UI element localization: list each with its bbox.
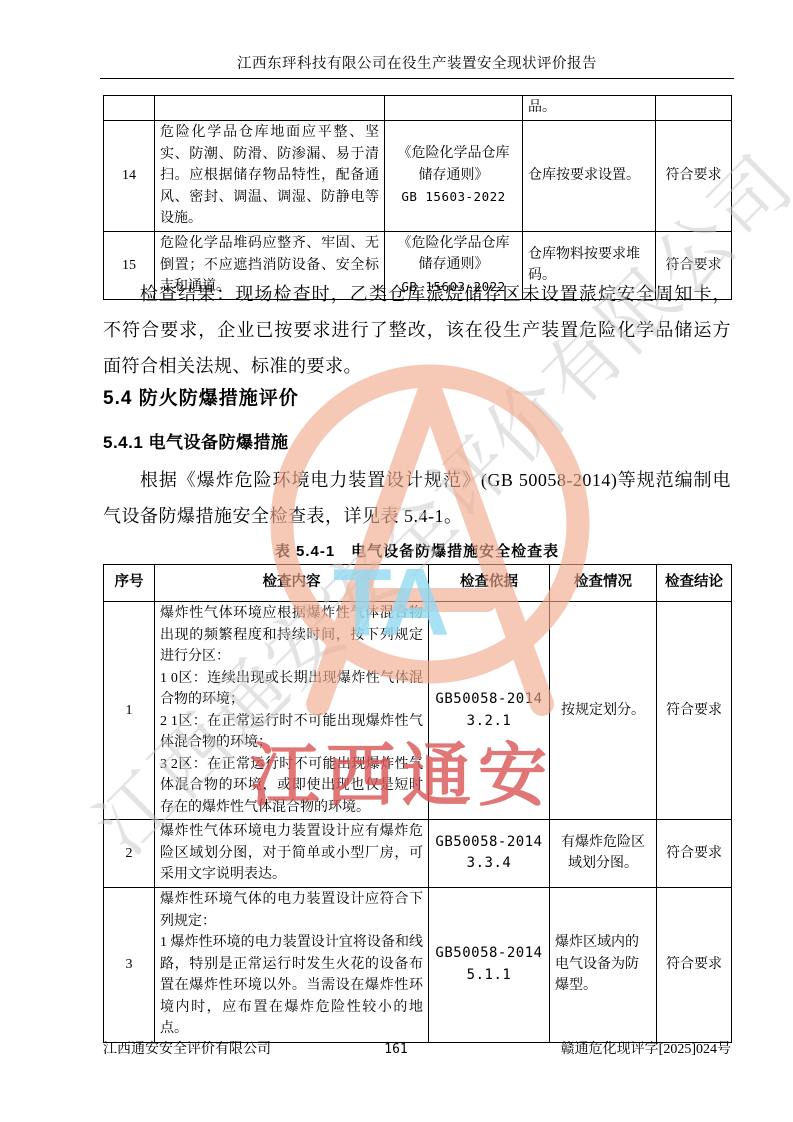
report-page: 江西东玶科技有限公司在役生产装置安全现状评价报告 品。 14 危险化学品仓库地面… <box>0 0 793 1122</box>
check-content-cell: 爆炸性环境气体的电力装置设计应符合下列规定： 1 爆炸性环境的电力装置设计宜将设… <box>155 887 429 1042</box>
check-conclusion-cell: 符合要求 <box>657 887 732 1042</box>
page-footer: 江西通安安全评价有限公司 161 赣通危化现评字[2025]024号 <box>0 1038 793 1060</box>
check-conclusion-cell: 符合要求 <box>657 820 732 888</box>
table-row-1: 1 爆炸性气体环境应根据爆炸性气体混合物出现的频繁程度和持续时间，按下列规定进行… <box>104 602 732 820</box>
check-situation-cell: 按规定划分。 <box>550 602 657 820</box>
basis-title: 《危险化学品仓库 储存通则》 <box>398 146 510 183</box>
check-situation-cell: 爆炸区域内的电气设备为防爆型。 <box>550 887 657 1042</box>
check-basis-cell <box>385 96 523 121</box>
inspection-result-paragraph: 检查结果：现场检查时，乙类仓库蒎烷储存区未设置蒎烷安全周知卡，不符合要求，企业已… <box>103 276 731 384</box>
table-row-carryover: 品。 <box>104 96 732 121</box>
check-conclusion-cell <box>656 96 732 121</box>
table-caption: 表 5.4-1 电气设备防爆措施安全检查表 <box>103 540 731 561</box>
electrical-check-table: 序号 检查内容 检查依据 检查情况 检查结论 1 爆炸性气体环境应根据爆炸性气体… <box>103 564 732 1043</box>
row-number-cell: 2 <box>104 820 155 888</box>
check-content-cell: 爆炸性气体环境应根据爆炸性气体混合物出现的频繁程度和持续时间，按下列规定进行分区… <box>155 602 429 820</box>
check-situation-cell: 仓库按要求设置。 <box>523 121 656 232</box>
check-situation-cell: 品。 <box>523 96 656 121</box>
table-row-2: 2 爆炸性气体环境电力装置设计应有爆炸危险区域划分图，对于简单或小型厂房，可采用… <box>104 820 732 888</box>
check-basis-cell: GB50058-2014 5.1.1 <box>429 887 550 1042</box>
check-basis-cell: GB50058-2014 3.2.1 <box>429 602 550 820</box>
col-header-situation: 检查情况 <box>550 565 657 602</box>
table-row-3: 3 爆炸性环境气体的电力装置设计应符合下列规定： 1 爆炸性环境的电力装置设计宜… <box>104 887 732 1042</box>
basis-title: 《危险化学品仓库 储存通则》 <box>398 236 510 273</box>
footer-doc-number: 赣通危化现评字[2025]024号 <box>561 1038 731 1058</box>
section-heading-5-4: 5.4 防火防爆措施评价 <box>103 383 299 410</box>
check-conclusion-cell: 符合要求 <box>656 121 732 232</box>
basis-code: GB 15603-2022 <box>401 189 505 204</box>
storage-check-table: 品。 14 危险化学品仓库地面应平整、坚实、防潮、防滑、防渗漏、易于清扫。应根据… <box>103 95 732 300</box>
page-header-title: 江西东玶科技有限公司在役生产装置安全现状评价报告 <box>103 52 731 73</box>
subsection-heading-5-4-1: 5.4.1 电气设备防爆措施 <box>103 428 289 453</box>
intro-paragraph: 根据《爆炸危险环境电力装置设计规范》(GB 50058-2014)等规范编制电气… <box>103 462 731 534</box>
col-header-conclusion: 检查结论 <box>657 565 732 602</box>
row-number-cell: 14 <box>104 121 155 232</box>
col-header-content: 检查内容 <box>155 565 429 602</box>
check-basis-cell: GB50058-2014 3.3.4 <box>429 820 550 888</box>
check-content-cell <box>155 96 385 121</box>
footer-company: 江西通安安全评价有限公司 <box>103 1038 271 1058</box>
col-header-no: 序号 <box>104 565 155 602</box>
header-rule <box>100 78 734 79</box>
col-header-basis: 检查依据 <box>429 565 550 602</box>
check-conclusion-cell: 符合要求 <box>657 602 732 820</box>
row-number-cell: 1 <box>104 602 155 820</box>
row-number-cell: 3 <box>104 887 155 1042</box>
table-row-14: 14 危险化学品仓库地面应平整、坚实、防潮、防滑、防渗漏、易于清扫。应根据储存物… <box>104 121 732 232</box>
check-content-cell: 爆炸性气体环境电力装置设计应有爆炸危险区域划分图，对于简单或小型厂房，可采用文字… <box>155 820 429 888</box>
row-number-cell <box>104 96 155 121</box>
page-number: 161 <box>384 1042 407 1057</box>
table-header-row: 序号 检查内容 检查依据 检查情况 检查结论 <box>104 565 732 602</box>
check-situation-cell: 有爆炸危险区域划分图。 <box>550 820 657 888</box>
check-basis-cell: 《危险化学品仓库 储存通则》GB 15603-2022 <box>385 121 523 232</box>
check-content-cell: 危险化学品仓库地面应平整、坚实、防潮、防滑、防渗漏、易于清扫。应根据储存物品特性… <box>155 121 385 232</box>
